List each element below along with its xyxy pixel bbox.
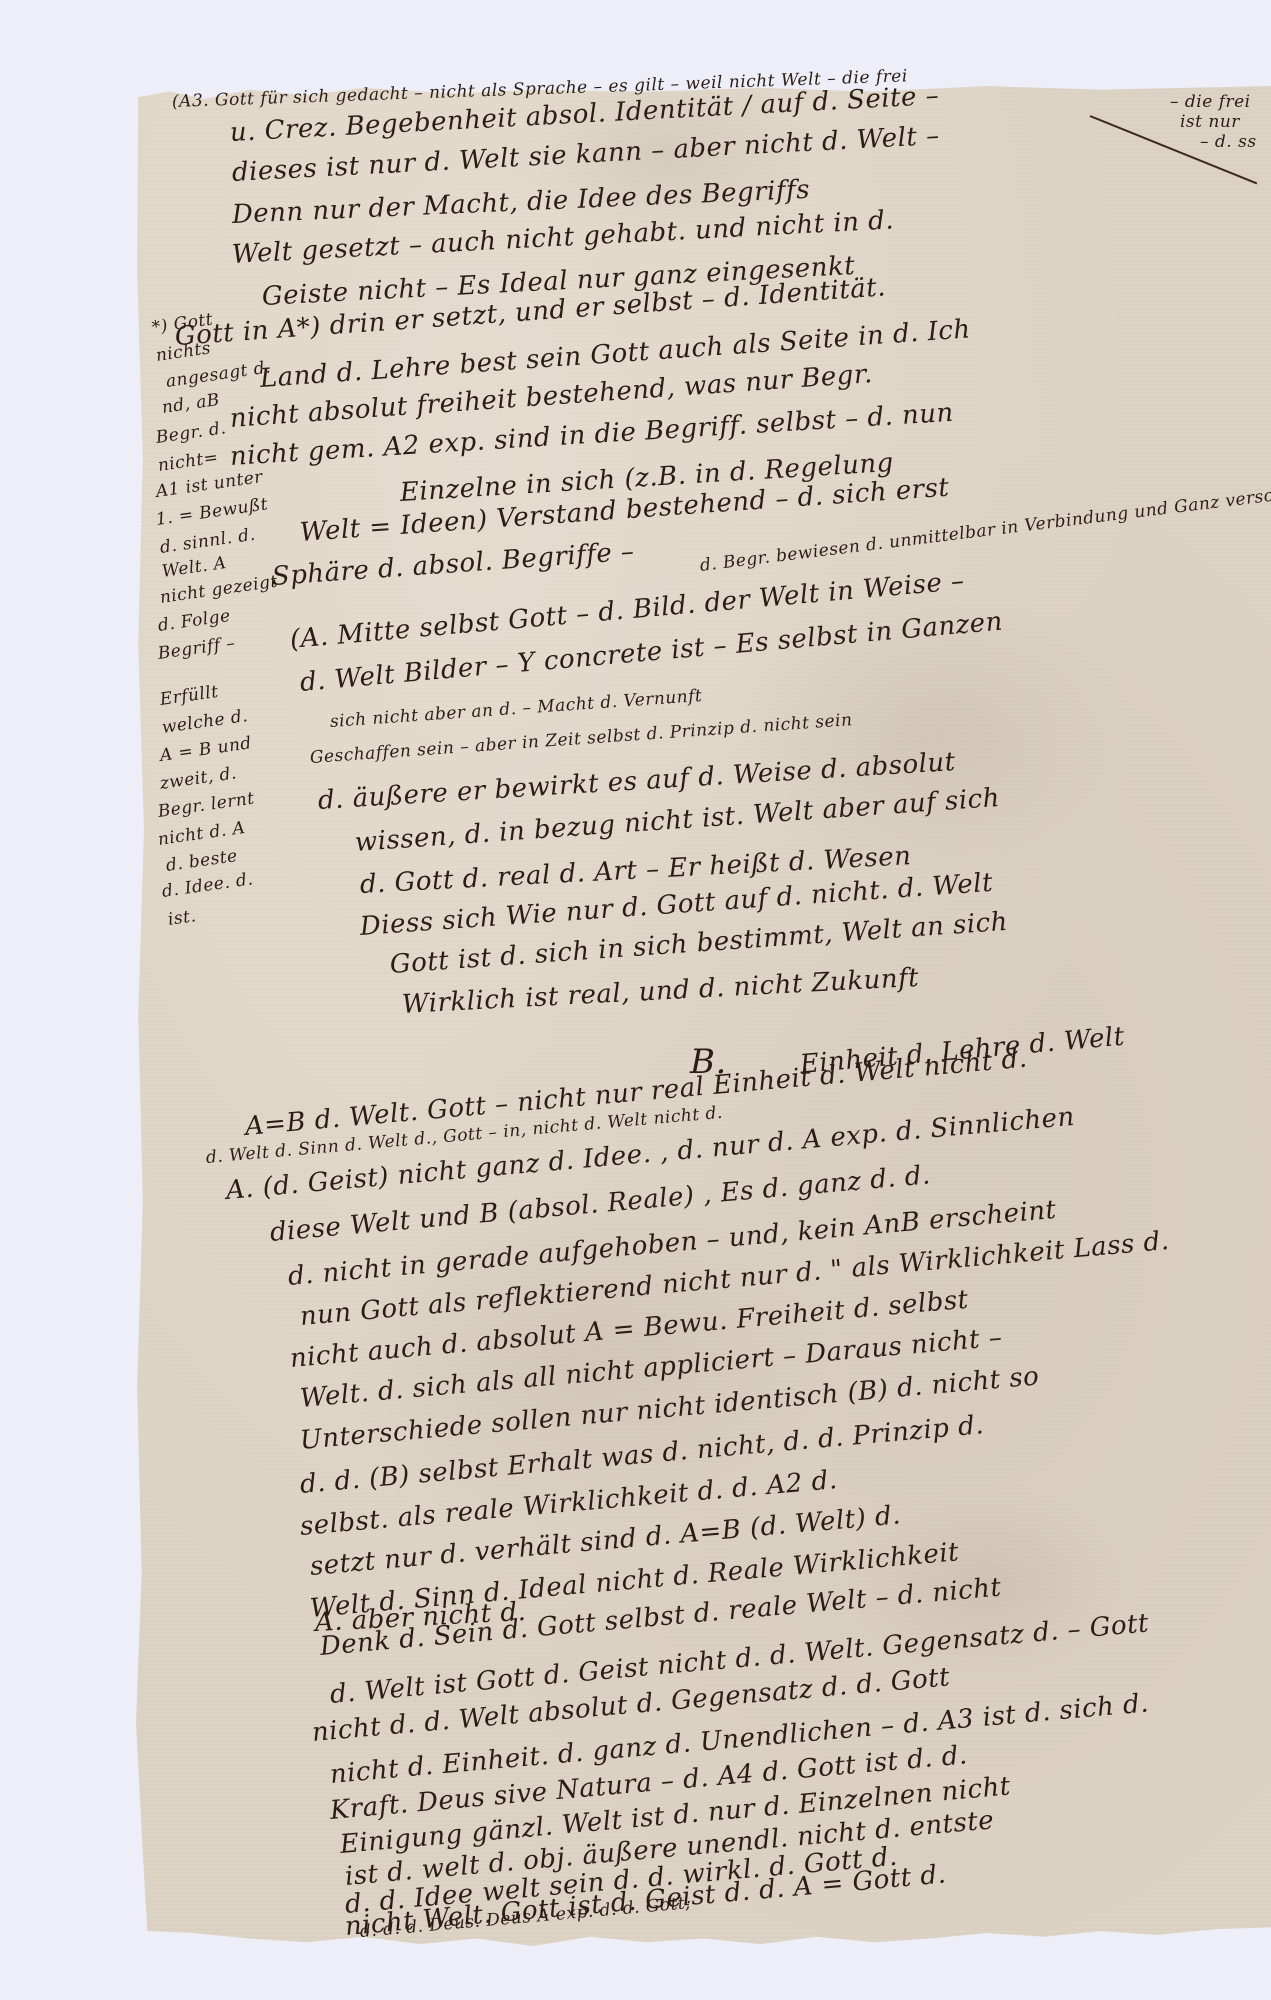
margin-line: ist. — [167, 906, 198, 930]
annotation-line: – d. ss — [1200, 132, 1257, 152]
annotation-line: ist nur — [1180, 112, 1240, 132]
annotation-line: – die frei — [1170, 92, 1251, 112]
